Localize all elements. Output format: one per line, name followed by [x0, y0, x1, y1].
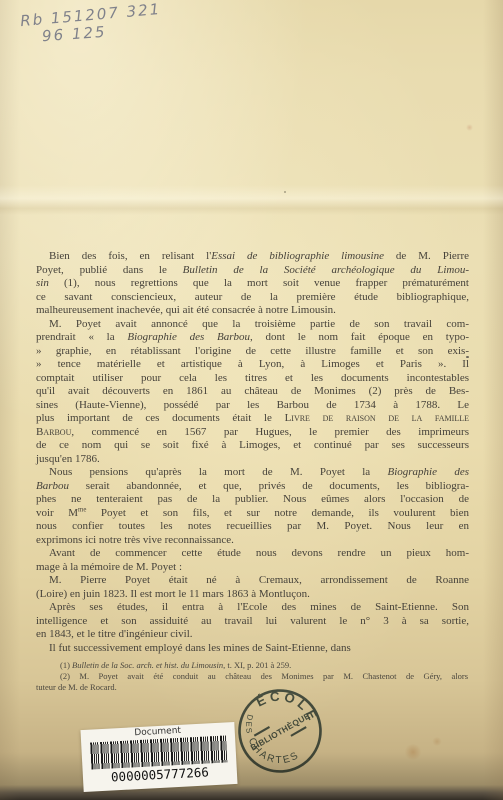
library-stamp: ÉCOLE CHARTES DES BIBLIOTHÈQUE: [236, 687, 324, 775]
text-line: Barbou, commencé en 1567 par Hugues, le …: [36, 426, 469, 440]
text-line: » graphie, en rétablissant l'origine de …: [36, 345, 469, 359]
text-line: malheureusement inachevée, qui ait été c…: [36, 304, 469, 318]
text-line: (1) Bulletin de la Soc. arch. et hist. d…: [36, 660, 468, 671]
text-line: sin (1), nous regrettions que la mort so…: [36, 277, 469, 291]
text-line: exprimons ici notre très vive reconnaiss…: [36, 534, 469, 548]
stamp-center-text: BIBLIOTHÈQUE: [248, 709, 312, 752]
handwritten-shelfmark-line2: 96 125: [41, 23, 107, 45]
text-line: Il fut successivement employé dans les m…: [36, 642, 469, 656]
foxing-stain: [432, 737, 442, 746]
text-line: voir Mme Poyet et son fils, et sur notre…: [36, 507, 469, 521]
text-line: mage à la mémoire de M. Poyet :: [36, 561, 469, 575]
text-line: jusqu'en 1786.: [36, 453, 469, 467]
text-line: intelligence et son assiduité au travail…: [36, 615, 469, 629]
page-body-text: Bien des fois, en relisant l'Essai de bi…: [36, 250, 469, 655]
text-line: Avant de commencer cette étude nous devo…: [36, 547, 469, 561]
text-line: plus important de ces documents était le…: [36, 412, 469, 426]
text-line: phes ne tenteraient pas de la publier. N…: [36, 493, 469, 507]
text-line: M. Pierre Poyet était né à Cremaux, arro…: [36, 574, 469, 588]
text-line: (Loire) en juin 1823. Il est mort le 11 …: [36, 588, 469, 602]
text-line: M. Poyet avait annoncé que la troisième …: [36, 318, 469, 332]
text-line: (2) M. Poyet avait été conduit au châtea…: [36, 671, 468, 682]
text-line: en 1843, et le titre d'ingénieur civil.: [36, 628, 469, 642]
text-line: qu'il avait découverts en 1861 au châtea…: [36, 385, 469, 399]
text-line: Nous pensions qu'après la mort de M. Poy…: [36, 466, 469, 480]
scanned-book-page: Rb 151207 321 96 125 Bien des fois, en r…: [0, 0, 503, 800]
text-line: prendrait « la Biographie des Barbou, do…: [36, 331, 469, 345]
text-line: comptait utiliser pour cela les titres e…: [36, 372, 469, 386]
barcode-label: Document 0000005777266: [80, 722, 237, 792]
text-line: nous confier toutes les notes recueillie…: [36, 520, 469, 534]
text-line: Poyet, publié dans le Bulletin de la Soc…: [36, 264, 469, 278]
text-line: Bien des fois, en relisant l'Essai de bi…: [36, 250, 469, 264]
text-line: sines (Haute-Vienne), possédé par les Ba…: [36, 399, 469, 413]
text-line: de ce nom qui se soit fixé à Limoges, et…: [36, 439, 469, 453]
text-line: Après ses études, il entra à l'Ecole des…: [36, 601, 469, 615]
foxing-stain: [466, 124, 473, 131]
ink-speck: [284, 191, 286, 193]
text-line: ce savant consciencieux, auteur de la pr…: [36, 291, 469, 305]
foxing-stain: [404, 744, 422, 760]
text-line: » tence matérielle et artistique à Lyon,…: [36, 358, 469, 372]
paper-crease: [0, 185, 503, 215]
text-line: Barbou serait abandonnée, et que, privés…: [36, 480, 469, 494]
